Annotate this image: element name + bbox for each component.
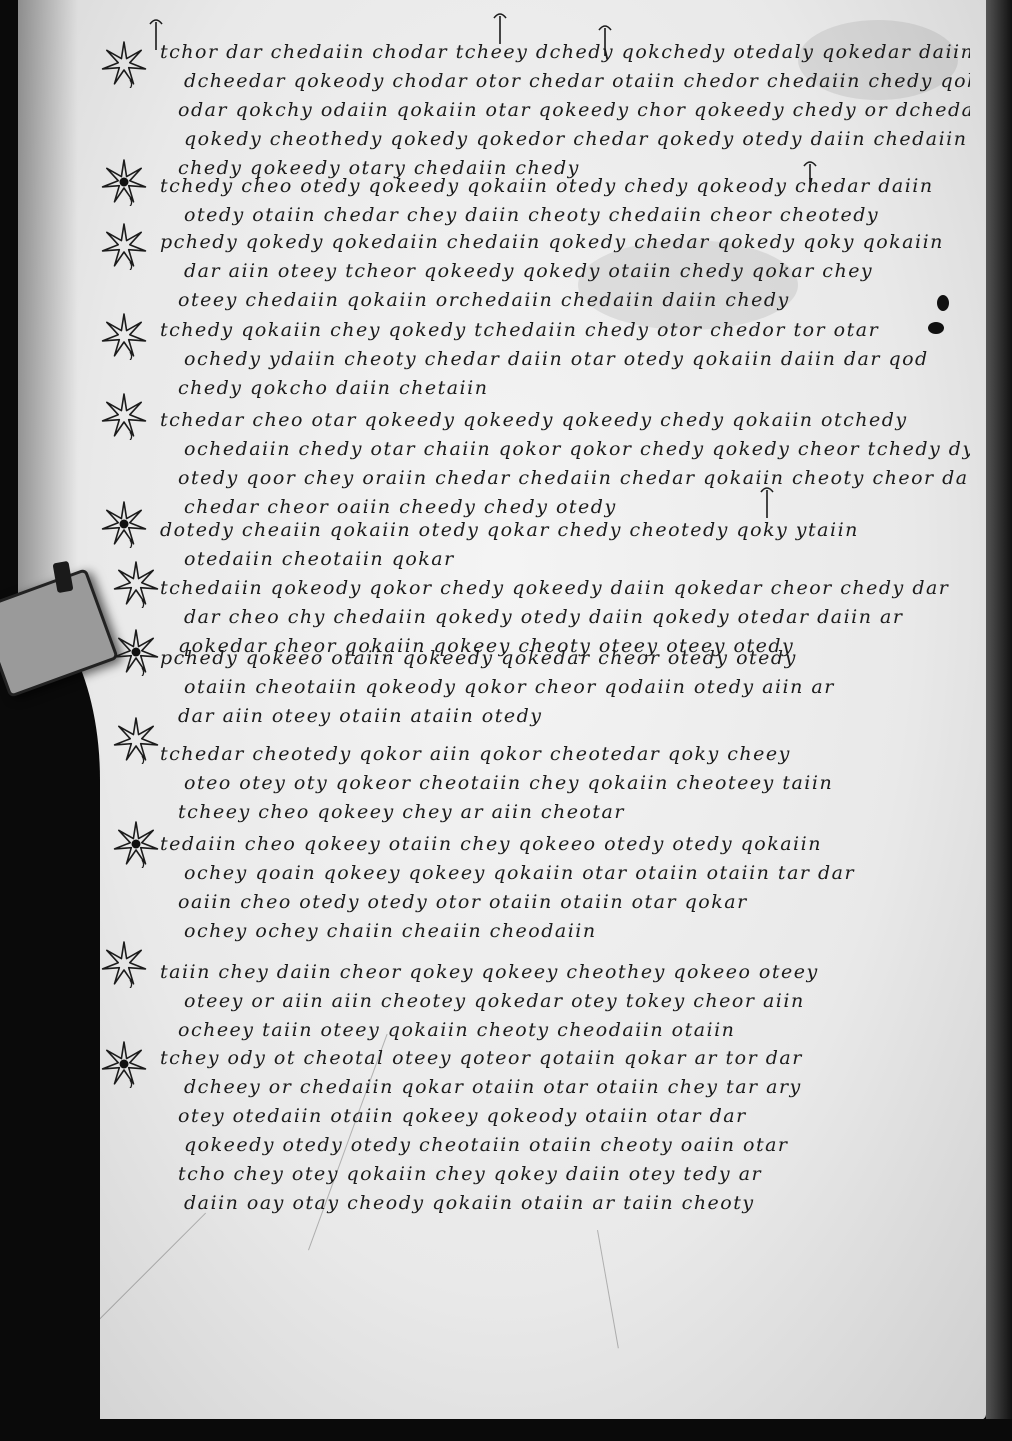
ink-blot	[928, 322, 944, 334]
manuscript-line: oteey or aiin aiin cheotey qokedar otey …	[150, 987, 970, 1016]
page-bottom-edge	[0, 1419, 1012, 1441]
gallows-flourish-icon	[757, 484, 777, 520]
star-light-center-icon	[100, 40, 148, 88]
manuscript-line: dcheey or chedaiin qokar otaiin otar ota…	[150, 1073, 970, 1102]
star-light-center-icon	[100, 392, 148, 440]
star-dark-center-icon	[100, 158, 148, 206]
gallows-flourish-icon	[490, 10, 510, 46]
manuscript-line: tchedar cheotedy qokor aiin qokor cheote…	[150, 740, 970, 769]
manuscript-line: qokeedy otedy otedy cheotaiin otaiin che…	[150, 1131, 970, 1160]
manuscript-line: pchedy qokedy qokedaiin chedaiin qokedy …	[150, 228, 970, 257]
manuscript-line: dar aiin oteey otaiin ataiin otedy	[150, 702, 970, 731]
manuscript-paragraph: tchedy cheo otedy qokeedy qokaiin otedy …	[150, 172, 970, 230]
manuscript-line: ochey qoain qokeey qokeey qokaiin otar o…	[150, 859, 970, 888]
manuscript-line: ochedy ydaiin cheoty chedar daiin otar o…	[150, 345, 970, 374]
manuscript-line: chedy qokcho daiin chetaiin	[150, 374, 970, 403]
manuscript-line: otey otedaiin otaiin qokeey qokeody otai…	[150, 1102, 970, 1131]
star-dark-center-icon	[100, 500, 148, 548]
manuscript-paragraph: tchor dar chedaiin chodar tcheey dchedy …	[150, 38, 970, 183]
manuscript-paragraph: taiin chey daiin cheor qokey qokeey cheo…	[150, 958, 970, 1045]
star-light-center-icon	[100, 222, 148, 270]
manuscript-line: otedaiin cheotaiin qokar	[150, 545, 970, 574]
manuscript-line: odar qokchy odaiin qokaiin otar qokeedy …	[150, 96, 970, 125]
manuscript-paragraph: tchedar cheo otar qokeedy qokeedy qokeed…	[150, 406, 970, 522]
manuscript-line: tchedaiin qokeody qokor chedy qokeedy da…	[150, 574, 970, 603]
binding-shadow	[0, 600, 100, 1440]
manuscript-paragraph: tedaiin cheo qokeey otaiin chey qokeeo o…	[150, 830, 970, 946]
star-light-center-icon	[100, 312, 148, 360]
manuscript-line: oteey chedaiin qokaiin orchedaiin chedai…	[150, 286, 970, 315]
manuscript-line: ochedaiin chedy otar chaiin qokor qokor …	[150, 435, 970, 464]
ink-blot	[937, 295, 949, 311]
manuscript-line: ochey ochey chaiin cheaiin cheodaiin	[150, 917, 970, 946]
manuscript-line: pchedy qokeeo otaiin qokeedy qokedar che…	[150, 644, 970, 673]
manuscript-paragraph: tchey ody ot cheotal oteey qoteor qotaii…	[150, 1044, 970, 1218]
manuscript-line: taiin chey daiin cheor qokey qokeey cheo…	[150, 958, 970, 987]
manuscript-line: oteo otey oty qokeor cheotaiin chey qoka…	[150, 769, 970, 798]
manuscript-paragraph: tchedy qokaiin chey qokedy tchedaiin che…	[150, 316, 970, 403]
manuscript-line: tcheey cheo qokeey chey ar aiin cheotar	[150, 798, 970, 827]
manuscript-line: otedy qoor chey oraiin chedar chedaiin c…	[150, 464, 970, 493]
manuscript-line: tchey ody ot cheotal oteey qoteor qotaii…	[150, 1044, 970, 1073]
page-right-edge	[986, 0, 1012, 1441]
manuscript-line: tcho chey otey qokaiin chey qokey daiin …	[150, 1160, 970, 1189]
manuscript-line: oaiin cheo otedy otedy otor otaiin otaii…	[150, 888, 970, 917]
star-light-center-icon	[100, 940, 148, 988]
manuscript-line: tchor dar chedaiin chodar tcheey dchedy …	[150, 38, 970, 67]
gallows-flourish-icon	[800, 158, 820, 194]
manuscript-line: qokedy cheothedy qokedy qokedor chedar q…	[150, 125, 970, 154]
manuscript-line: daiin oay otay cheody qokaiin otaiin ar …	[150, 1189, 970, 1218]
manuscript-line: dar aiin oteey tcheor qokeedy qokedy ota…	[150, 257, 970, 286]
manuscript-paragraph: dotedy cheaiin qokaiin otedy qokar chedy…	[150, 516, 970, 574]
manuscript-line: dar cheo chy chedaiin qokedy otedy daiin…	[150, 603, 970, 632]
star-dark-center-icon	[100, 1040, 148, 1088]
manuscript-line: tchedy cheo otedy qokeedy qokaiin otedy …	[150, 172, 970, 201]
manuscript-paragraph: tchedar cheotedy qokor aiin qokor cheote…	[150, 740, 970, 827]
manuscript-line: dotedy cheaiin qokaiin otedy qokar chedy…	[150, 516, 970, 545]
manuscript-line: otedy otaiin chedar chey daiin cheoty ch…	[150, 201, 970, 230]
manuscript-line: tedaiin cheo qokeey otaiin chey qokeeo o…	[150, 830, 970, 859]
manuscript-line: tchedy qokaiin chey qokedy tchedaiin che…	[150, 316, 970, 345]
manuscript-line: otaiin cheotaiin qokeody qokor cheor qod…	[150, 673, 970, 702]
gallows-flourish-icon	[595, 22, 615, 58]
manuscript-line: ocheey taiin oteey qokaiin cheoty cheoda…	[150, 1016, 970, 1045]
manuscript-paragraph: pchedy qokeeo otaiin qokeedy qokedar che…	[150, 644, 970, 731]
gallows-flourish-icon	[146, 16, 166, 52]
manuscript-paragraph: pchedy qokedy qokedaiin chedaiin qokedy …	[150, 228, 970, 315]
manuscript-line: dcheedar qokeody chodar otor chedar otai…	[150, 67, 970, 96]
manuscript-line: tchedar cheo otar qokeedy qokeedy qokeed…	[150, 406, 970, 435]
crease-line	[597, 1230, 619, 1348]
